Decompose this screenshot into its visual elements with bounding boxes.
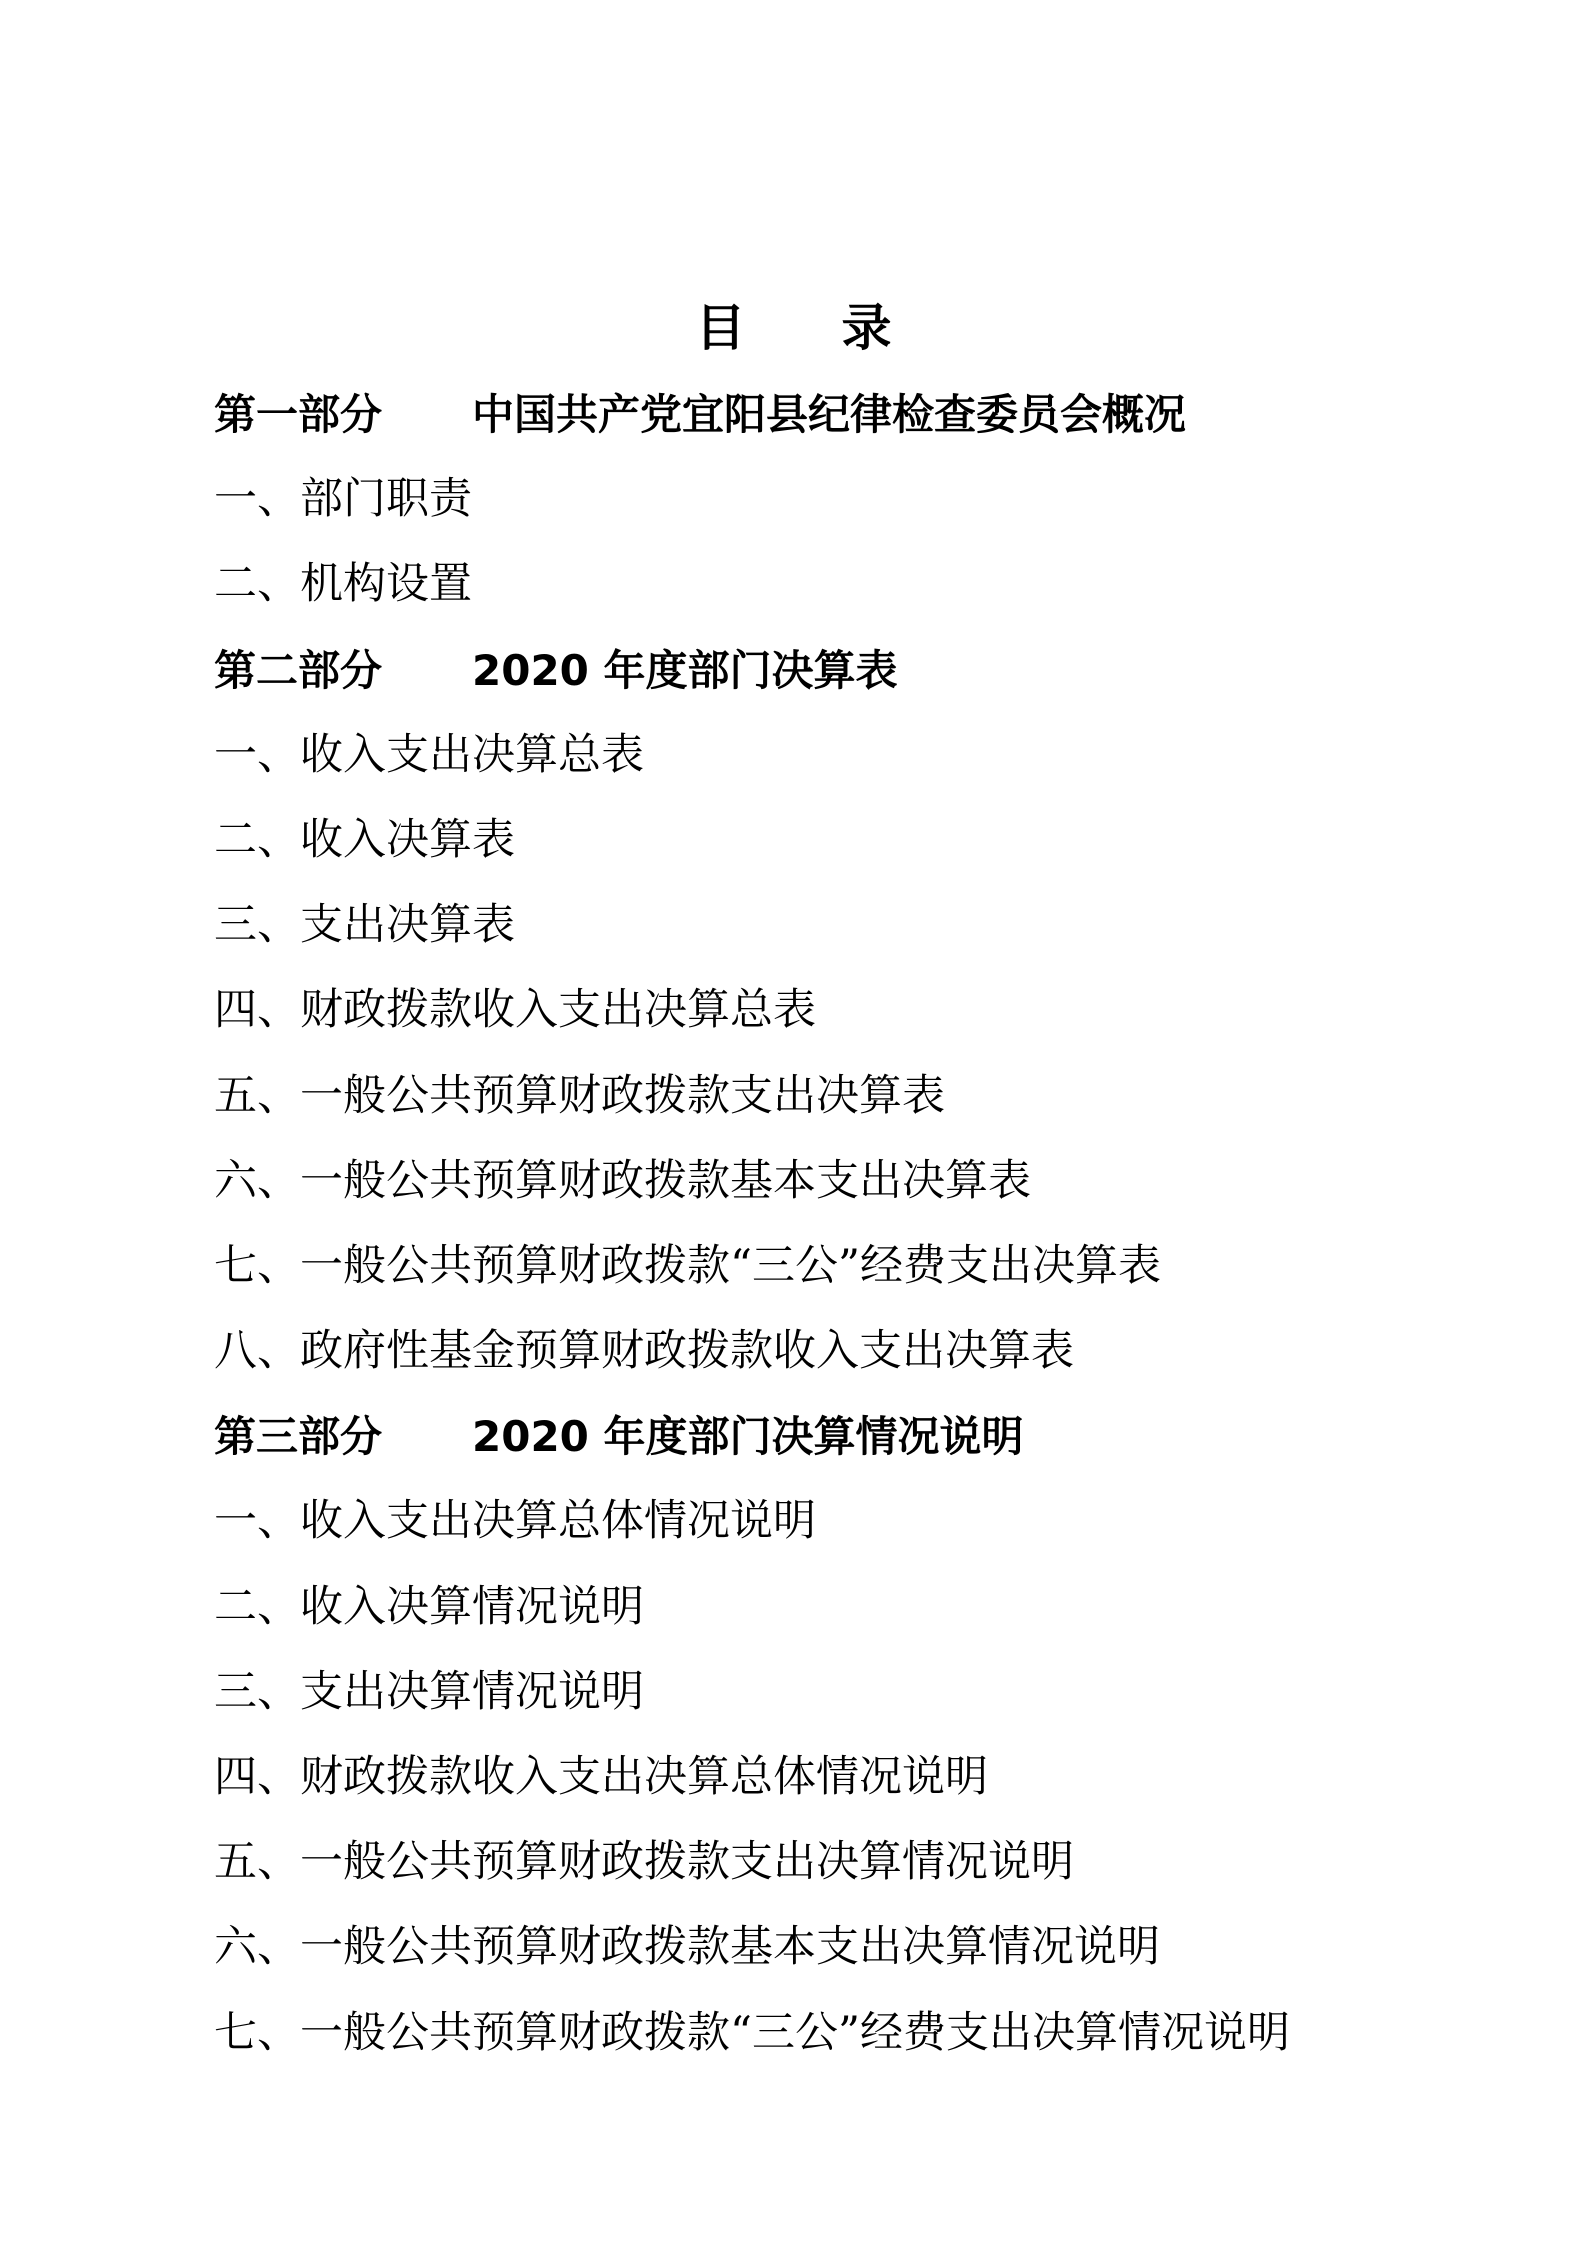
table-of-contents: 第一部分中国共产党宜阳县纪律检查委员会概况 一、部门职责 二、机构设置 第二部分… (214, 372, 1487, 2076)
toc-item[interactable]: 七、一般公共预算财政拨款“三公”经费支出决算情况说明 (214, 1991, 1487, 2076)
page-title: 目录 (0, 288, 1587, 360)
toc-item[interactable]: 六、一般公共预算财政拨款基本支出决算表 (214, 1139, 1487, 1224)
toc-item[interactable]: 五、一般公共预算财政拨款支出决算情况说明 (214, 1820, 1487, 1905)
toc-item[interactable]: 一、部门职责 (214, 457, 1487, 542)
toc-item[interactable]: 一、收入支出决算总体情况说明 (214, 1479, 1487, 1564)
toc-item[interactable]: 二、收入决算情况说明 (214, 1565, 1487, 1650)
part-label: 第一部分 (214, 372, 472, 457)
toc-item[interactable]: 六、一般公共预算财政拨款基本支出决算情况说明 (214, 1905, 1487, 1990)
title-char-left: 目 (696, 288, 746, 360)
toc-item[interactable]: 二、收入决算表 (214, 798, 1487, 883)
part-title: 2020 年度部门决算情况说明 (472, 1412, 1024, 1461)
toc-item[interactable]: 二、机构设置 (214, 542, 1487, 627)
toc-item[interactable]: 三、支出决算表 (214, 883, 1487, 968)
toc-part-1[interactable]: 第一部分中国共产党宜阳县纪律检查委员会概况 (214, 372, 1487, 457)
part-title: 中国共产党宜阳县纪律检查委员会概况 (472, 390, 1186, 439)
part-label: 第三部分 (214, 1394, 472, 1479)
part-label: 第二部分 (214, 628, 472, 713)
toc-part-2[interactable]: 第二部分2020 年度部门决算表 (214, 628, 1487, 713)
toc-item[interactable]: 五、一般公共预算财政拨款支出决算表 (214, 1054, 1487, 1139)
toc-item[interactable]: 三、支出决算情况说明 (214, 1650, 1487, 1735)
title-char-right: 录 (842, 288, 892, 360)
toc-part-3[interactable]: 第三部分2020 年度部门决算情况说明 (214, 1394, 1487, 1479)
toc-item[interactable]: 四、财政拨款收入支出决算总表 (214, 968, 1487, 1053)
toc-item[interactable]: 一、收入支出决算总表 (214, 713, 1487, 798)
toc-item[interactable]: 八、政府性基金预算财政拨款收入支出决算表 (214, 1309, 1487, 1394)
toc-item[interactable]: 七、一般公共预算财政拨款“三公”经费支出决算表 (214, 1224, 1487, 1309)
part-title: 2020 年度部门决算表 (472, 646, 898, 695)
toc-item[interactable]: 四、财政拨款收入支出决算总体情况说明 (214, 1735, 1487, 1820)
